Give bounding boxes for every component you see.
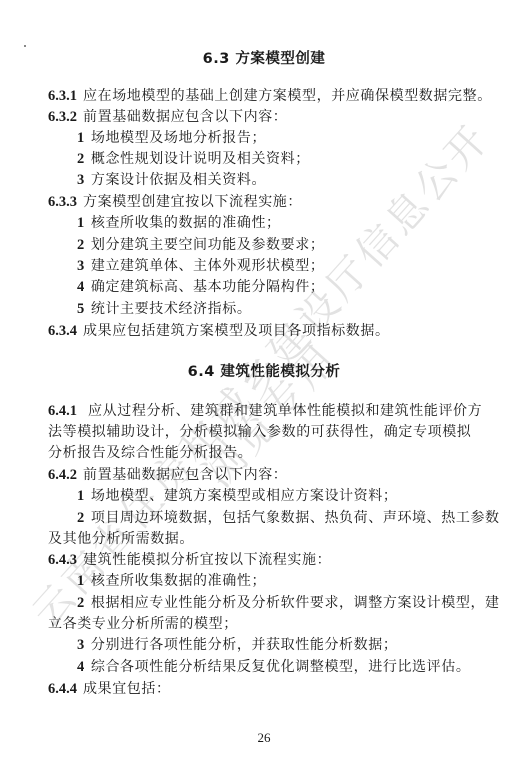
item-text: 概念性规划设计说明及相关资料； <box>91 151 310 167</box>
item-text: 统计主要技术经济指标。 <box>91 301 252 317</box>
list-item: 2划分建筑主要空间功能及参数要求； <box>77 235 324 256</box>
list-item: 1场地模型及场地分析报告； <box>77 128 266 149</box>
item-number: 2 <box>77 510 85 526</box>
item-number: 1 <box>77 488 85 504</box>
clause-6-4-1: 6.4.1 应从过程分析、建筑群和建筑单体性能模拟和建筑性能评价方 <box>48 401 482 422</box>
clause-continuation: 法等模拟辅助设计，分析模拟输入参数的可获得性，确定专项模拟 <box>48 422 471 443</box>
item-number: 4 <box>77 659 85 675</box>
clause-number: 6.4.4 <box>48 681 77 697</box>
item-text: 项目周边环境数据，包括气象数据、热负荷、声环境、热工参数 <box>91 510 500 526</box>
clause-text: 应在场地模型的基础上创建方案模型，并应确保模型数据完整。 <box>83 88 492 104</box>
item-number: 1 <box>77 215 85 231</box>
clause-6-3-3: 6.3.3方案模型创建宜按以下流程实施： <box>48 192 302 213</box>
item-number: 1 <box>77 573 85 589</box>
item-number: 2 <box>77 237 85 253</box>
clause-continuation: 分析报告及综合性能分析报告。 <box>48 443 252 464</box>
item-text: 根据相应专业性能分析及分析软件要求，调整方案设计模型，建 <box>91 595 500 611</box>
item-number: 3 <box>77 172 85 188</box>
list-item: 3方案设计依据及相关资料。 <box>77 170 266 191</box>
clause-text: 应从过程分析、建筑群和建筑单体性能模拟和建筑性能评价方 <box>83 403 482 419</box>
clause-6-4-4: 6.4.4成果宜包括： <box>48 679 171 700</box>
list-item: 1场地模型、建筑方案模型或相应方案设计资料； <box>77 486 397 507</box>
item-text: 建立建筑单体、主体外观形状模型； <box>91 258 325 274</box>
clause-text: 前置基础数据应包含以下内容： <box>83 467 287 483</box>
item-text: 分别进行各项性能分析，并获取性能分析数据； <box>91 637 398 653</box>
page-number: 26 <box>0 730 528 746</box>
item-number: 5 <box>77 301 85 317</box>
list-item: 5统计主要技术经济指标。 <box>77 299 251 320</box>
item-number: 3 <box>77 258 85 274</box>
item-number: 2 <box>77 595 85 611</box>
clause-6-3-4: 6.3.4成果应包括建筑方案模型及项目各项指标数据。 <box>48 321 390 342</box>
clause-number: 6.3.2 <box>48 109 77 125</box>
list-item: 2项目周边环境数据，包括气象数据、热负荷、声环境、热工参数 <box>77 508 500 529</box>
item-number: 1 <box>77 130 85 146</box>
clause-text: 方案模型创建宜按以下流程实施： <box>83 194 302 210</box>
clause-text: 成果宜包括： <box>83 681 171 697</box>
item-text: 综合各项性能分析结果反复优化调整模型，进行比选评估。 <box>91 659 471 675</box>
section-title-6-4: 6.4 建筑性能模拟分析 <box>0 360 528 381</box>
clause-6-3-2: 6.3.2前置基础数据应包含以下内容： <box>48 107 287 128</box>
item-text: 方案设计依据及相关资料。 <box>91 172 266 188</box>
item-text: 场地模型、建筑方案模型或相应方案设计资料； <box>91 488 398 504</box>
clause-number: 6.3.1 <box>48 88 77 104</box>
document-page: 云南省住房和城乡建设厅信息公开 浏览专用 6.3 方案模型创建 6.3.1应在场… <box>0 0 528 767</box>
item-text: 核查所收集的数据的准确性； <box>91 215 281 231</box>
item-text: 划分建筑主要空间功能及参数要求； <box>91 237 325 253</box>
clause-number: 6.3.4 <box>48 323 77 339</box>
clause-6-3-1: 6.3.1应在场地模型的基础上创建方案模型，并应确保模型数据完整。 <box>48 86 492 107</box>
item-number: 3 <box>77 637 85 653</box>
list-item: 3分别进行各项性能分析，并获取性能分析数据； <box>77 635 397 656</box>
clause-number: 6.4.1 <box>48 403 77 419</box>
clause-number: 6.3.3 <box>48 194 77 210</box>
list-item: 4确定建筑标高、基本功能分隔构件； <box>77 277 324 298</box>
list-item: 2根据相应专业性能分析及分析软件要求，调整方案设计模型，建 <box>77 593 500 614</box>
item-number: 4 <box>77 279 85 295</box>
item-continuation: 立各类专业分析所需的模型； <box>48 614 238 635</box>
clause-number: 6.4.3 <box>48 552 77 568</box>
item-text: 核查所收集数据的准确性； <box>91 573 266 589</box>
list-item: 3建立建筑单体、主体外观形状模型； <box>77 256 324 277</box>
clause-text: 建筑性能模拟分析宜按以下流程实施： <box>83 552 331 568</box>
list-item: 4综合各项性能分析结果反复优化调整模型，进行比选评估。 <box>77 657 470 678</box>
item-text: 场地模型及场地分析报告； <box>91 130 266 146</box>
clause-6-4-2: 6.4.2前置基础数据应包含以下内容： <box>48 465 287 486</box>
clause-text: 前置基础数据应包含以下内容： <box>83 109 287 125</box>
item-number: 2 <box>77 151 85 167</box>
clause-text: 成果应包括建筑方案模型及项目各项指标数据。 <box>83 323 390 339</box>
list-item: 2概念性规划设计说明及相关资料； <box>77 149 310 170</box>
clause-number: 6.4.2 <box>48 467 77 483</box>
section-title-6-3: 6.3 方案模型创建 <box>0 47 528 68</box>
list-item: 1核查所收集的数据的准确性； <box>77 213 281 234</box>
clause-6-4-3: 6.4.3建筑性能模拟分析宜按以下流程实施： <box>48 550 331 571</box>
item-text: 确定建筑标高、基本功能分隔构件； <box>91 279 325 295</box>
item-continuation: 及其他分析所需数据。 <box>48 529 194 550</box>
list-item: 1核查所收集数据的准确性； <box>77 571 266 592</box>
